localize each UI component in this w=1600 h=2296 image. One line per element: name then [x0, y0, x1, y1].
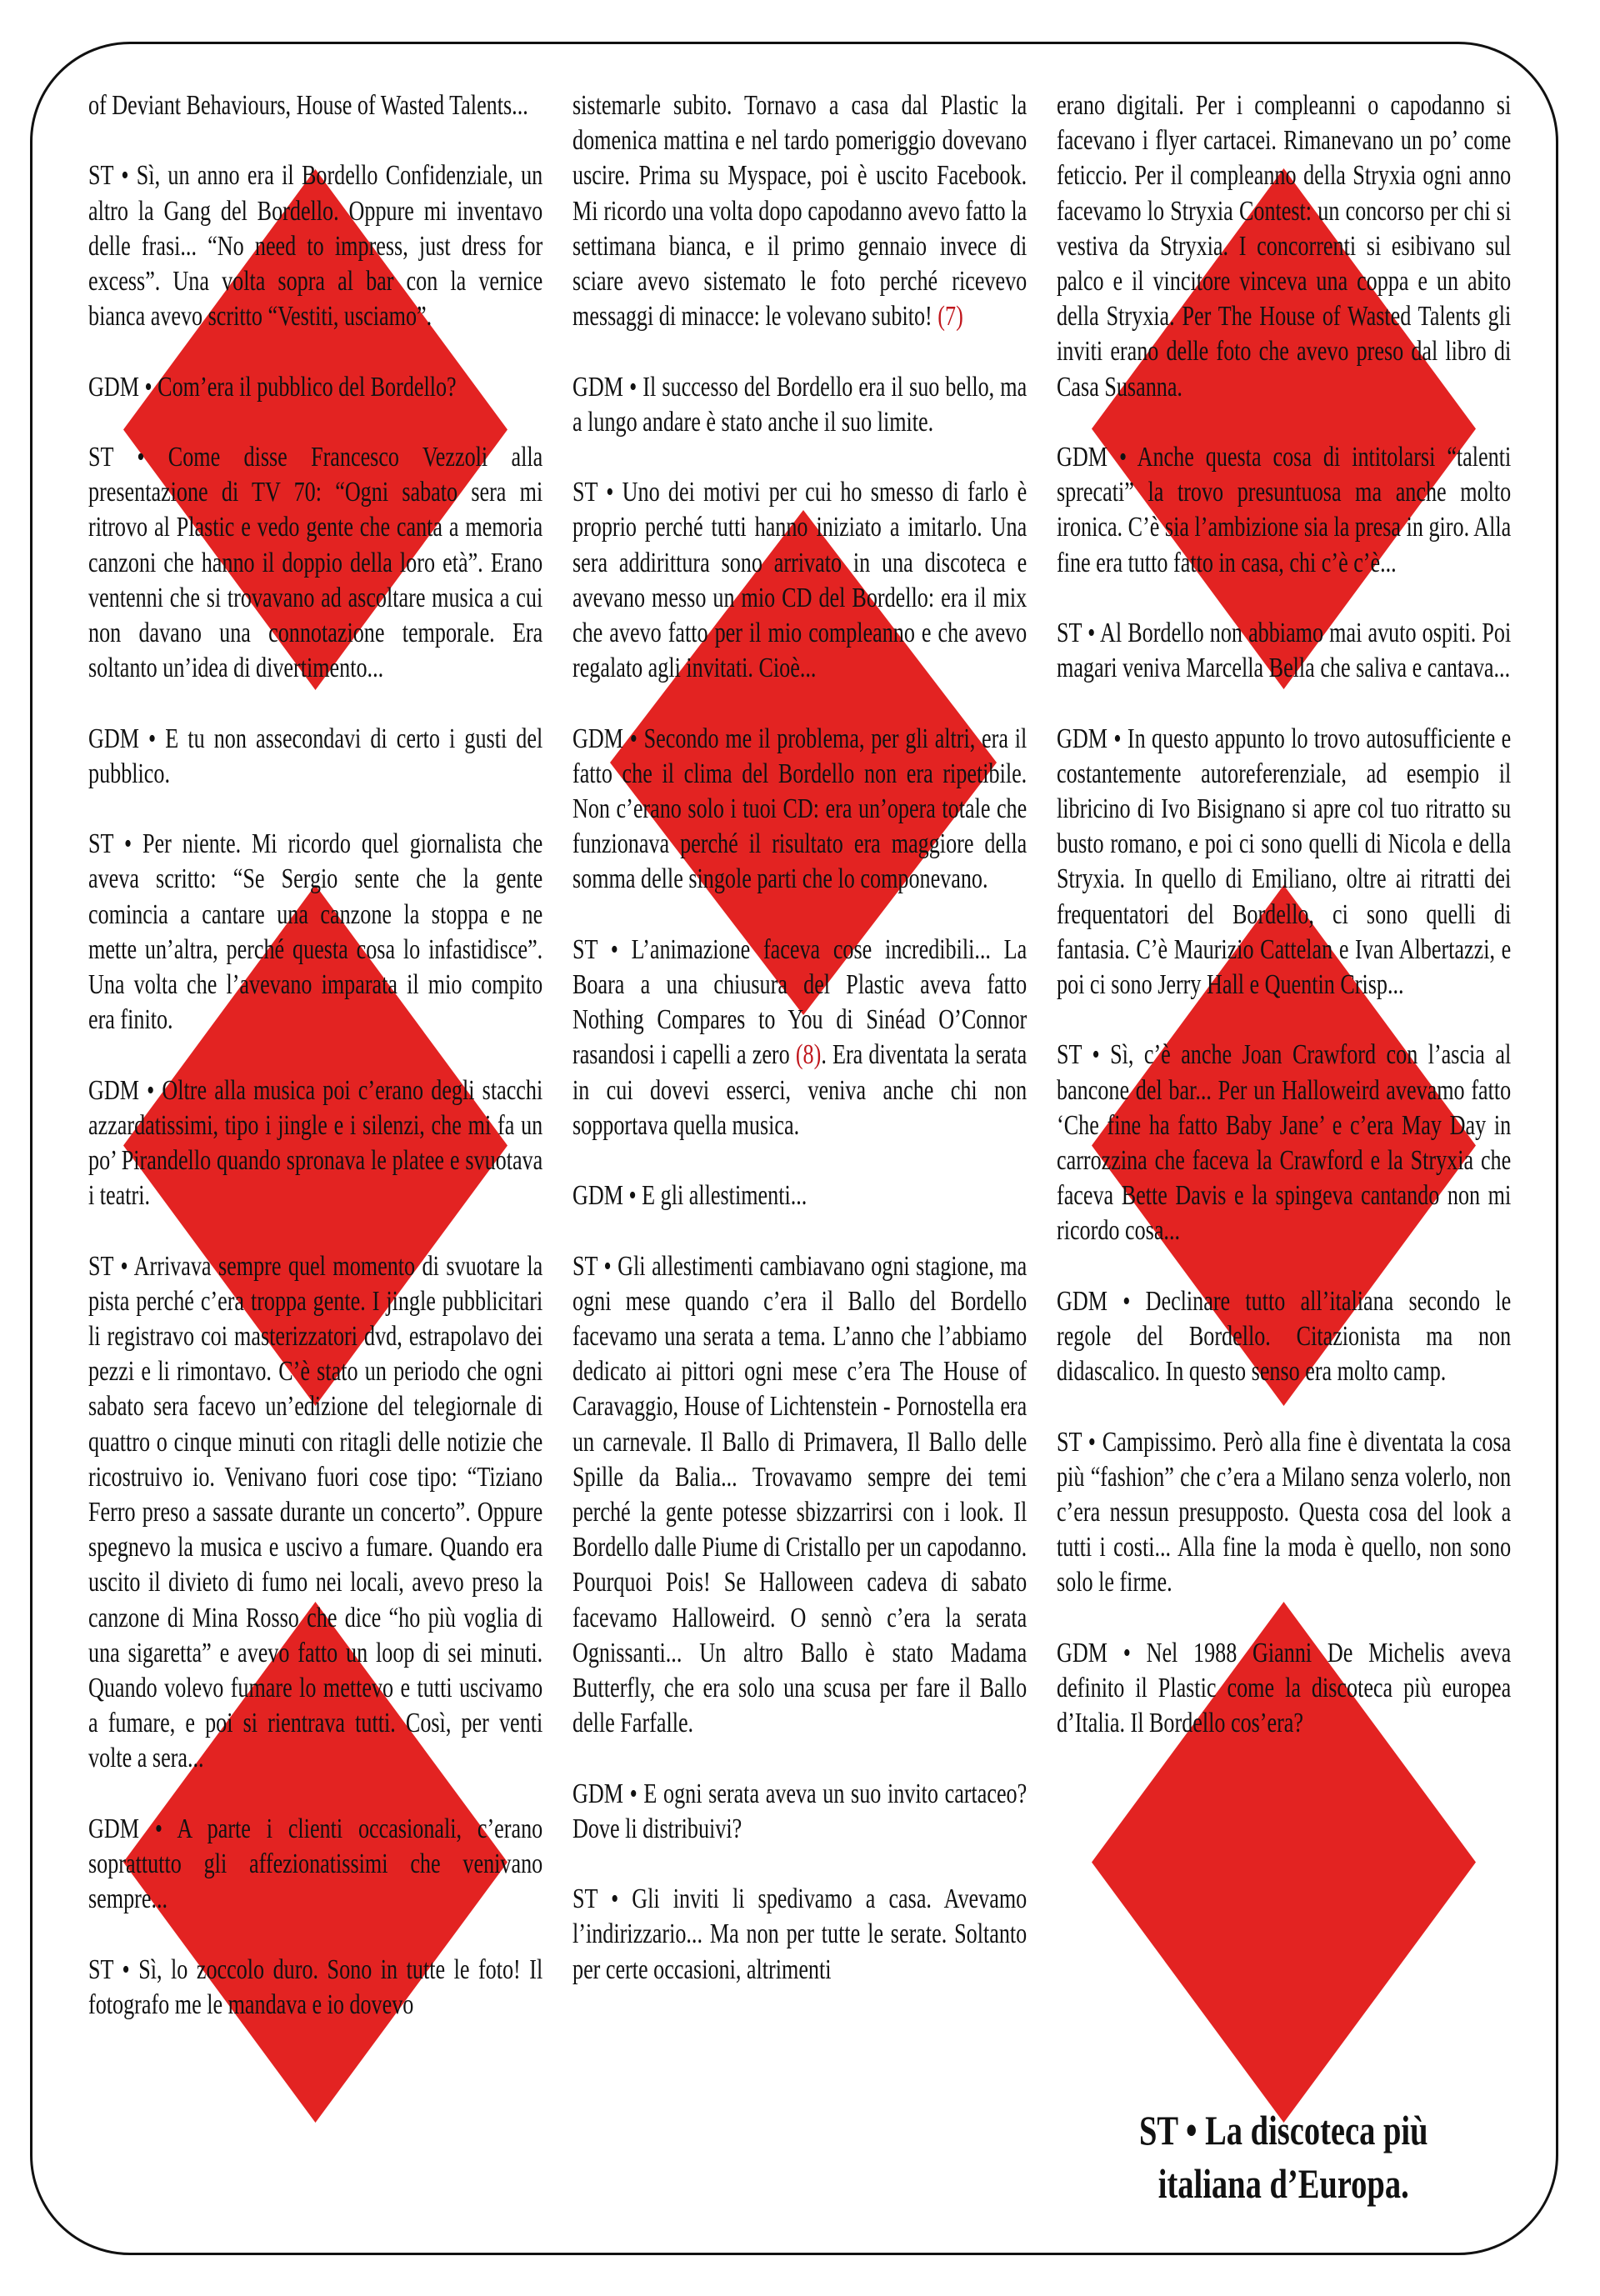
paragraph: ST • Sì, c’è anche Joan Crawford con l’a… — [1057, 1038, 1511, 1248]
paragraph: ST • Uno dei motivi per cui ho smesso di… — [572, 475, 1027, 686]
paragraph: GDM • Oltre alla musica poi c’erano degl… — [88, 1073, 542, 1214]
text-column-right: erano digitali. Per i compleanni o capod… — [1057, 88, 1511, 2222]
pull-quote-line: ST • La discoteca più — [1075, 2103, 1492, 2157]
paragraph: GDM • Com’era il pubblico del Bordello? — [88, 370, 542, 405]
paragraph: ST • Gli inviti li spedivamo a casa. Ave… — [572, 1882, 1027, 1988]
paragraph-text: sistemarle subito. Tornavo a casa dal Pl… — [572, 90, 1027, 332]
paragraph: GDM • Secondo me il problema, per gli al… — [572, 722, 1027, 898]
paragraph: GDM • E tu non assecondavi di certo i gu… — [88, 722, 542, 792]
paragraph: ST • Per niente. Mi ricordo quel giornal… — [88, 827, 542, 1038]
paragraph: GDM • A parte i clienti occasionali, c’e… — [88, 1812, 542, 1918]
pull-quote-line: italiana d’Europa. — [1075, 2157, 1492, 2210]
paragraph: ST • Come disse Francesco Vezzoli alla p… — [88, 440, 542, 686]
paragraph: sistemarle subito. Tornavo a casa dal Pl… — [572, 88, 1027, 334]
paragraph: ST • Arrivava sempre quel momento di svu… — [88, 1249, 542, 1777]
paragraph: of Deviant Behaviours, House of Wasted T… — [88, 88, 542, 123]
paragraph: ST • Sì, un anno era il Bordello Confide… — [88, 158, 542, 334]
paragraph: ST • Campissimo. Però alla fine è divent… — [1057, 1425, 1511, 1601]
paragraph: GDM • E gli allestimenti... — [572, 1178, 1027, 1213]
text-column-left: of Deviant Behaviours, House of Wasted T… — [88, 88, 542, 2222]
paragraph: GDM • Il successo del Bordello era il su… — [572, 370, 1027, 440]
paragraph: erano digitali. Per i compleanni o capod… — [1057, 88, 1511, 405]
paragraph: ST • Sì, lo zoccolo duro. Sono in tutte … — [88, 1953, 542, 2023]
footnote-ref[interactable]: (8) — [796, 1039, 821, 1070]
paragraph: ST • Gli allestimenti cambiavano ogni st… — [572, 1249, 1027, 1742]
paragraph: GDM • Anche questa cosa di intitolarsi “… — [1057, 440, 1511, 581]
paragraph: ST • Al Bordello non abbiamo mai avuto o… — [1057, 616, 1511, 686]
footnote-ref[interactable]: (7) — [937, 301, 962, 332]
paragraph: GDM • E ogni serata aveva un suo invito … — [572, 1777, 1027, 1847]
paragraph: GDM • In questo appunto lo trovo autosuf… — [1057, 722, 1511, 1003]
paragraph: GDM • Nel 1988 Gianni De Michelis aveva … — [1057, 1636, 1511, 1742]
paragraph: ST • L’animazione faceva cose incredibil… — [572, 933, 1027, 1143]
paragraph: GDM • Declinare tutto all’italiana secon… — [1057, 1284, 1511, 1390]
text-column-middle: sistemarle subito. Tornavo a casa dal Pl… — [572, 88, 1027, 2222]
pull-quote: ST • La discoteca più italiana d’Europa. — [1075, 2103, 1492, 2210]
